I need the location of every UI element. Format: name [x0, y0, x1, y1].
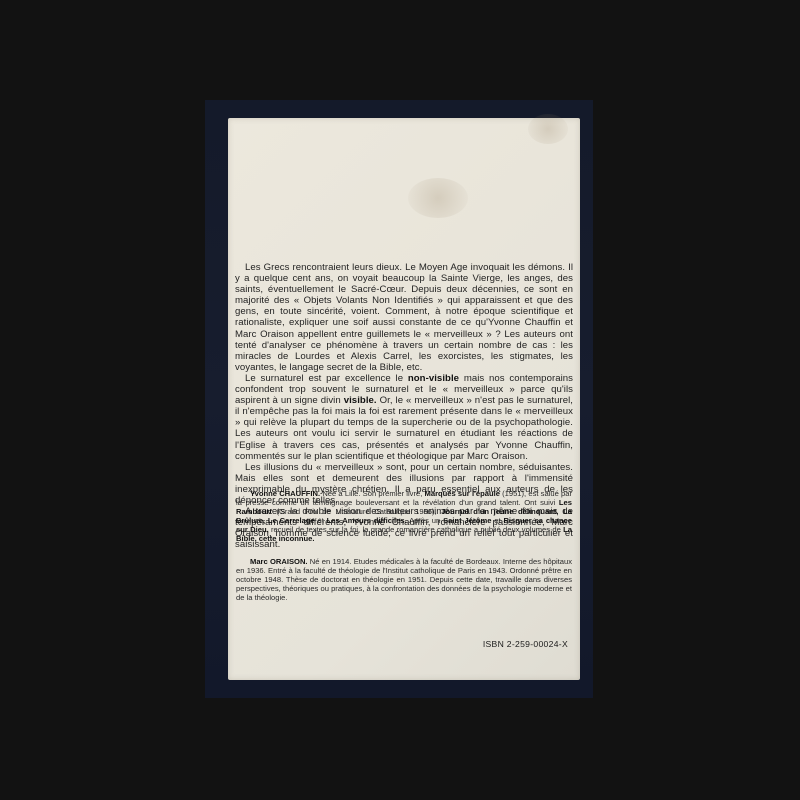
book-title: Saint Jérôme [443, 516, 491, 525]
emphasis-non-visible: non-visible [408, 373, 459, 384]
emphasis-visible: visible. [344, 395, 377, 406]
text: et [315, 516, 327, 525]
text: Née à Lille. Son premier livre, [320, 489, 424, 498]
book-title: Marqués sur l'épaule [425, 489, 500, 498]
blurb-paragraph-1: Les Grecs rencontraient leurs dieux. Le … [235, 262, 573, 373]
author-name: Marc ORAISON. [250, 557, 308, 566]
text: (Grand Prix de Littérature Catholique 19… [272, 507, 441, 516]
paper-stain [528, 114, 568, 144]
author-bio-chauffin: Yvonne CHAUFFIN. Née à Lille. Son premie… [236, 490, 572, 543]
text: Après un [407, 516, 443, 525]
book-title: Les Amours difficiles. [327, 516, 407, 525]
blurb-paragraph-2: Le surnaturel est par excellence le non-… [235, 373, 573, 462]
text: et [491, 516, 503, 525]
book-back-cover: Les Grecs rencontraient leurs dieux. Le … [228, 118, 580, 680]
text: Le surnaturel est par excellence le [245, 373, 408, 384]
isbn-number: ISBN 2-259-00024-X [483, 639, 568, 649]
author-name: Yvonne CHAUFFIN. [250, 489, 320, 498]
author-bio-oraison: Marc ORAISON. Né en 1914. Etudes médical… [236, 558, 572, 603]
text: recueil de textes sur la foi, la grande … [269, 525, 563, 534]
paper-stain [408, 178, 468, 218]
